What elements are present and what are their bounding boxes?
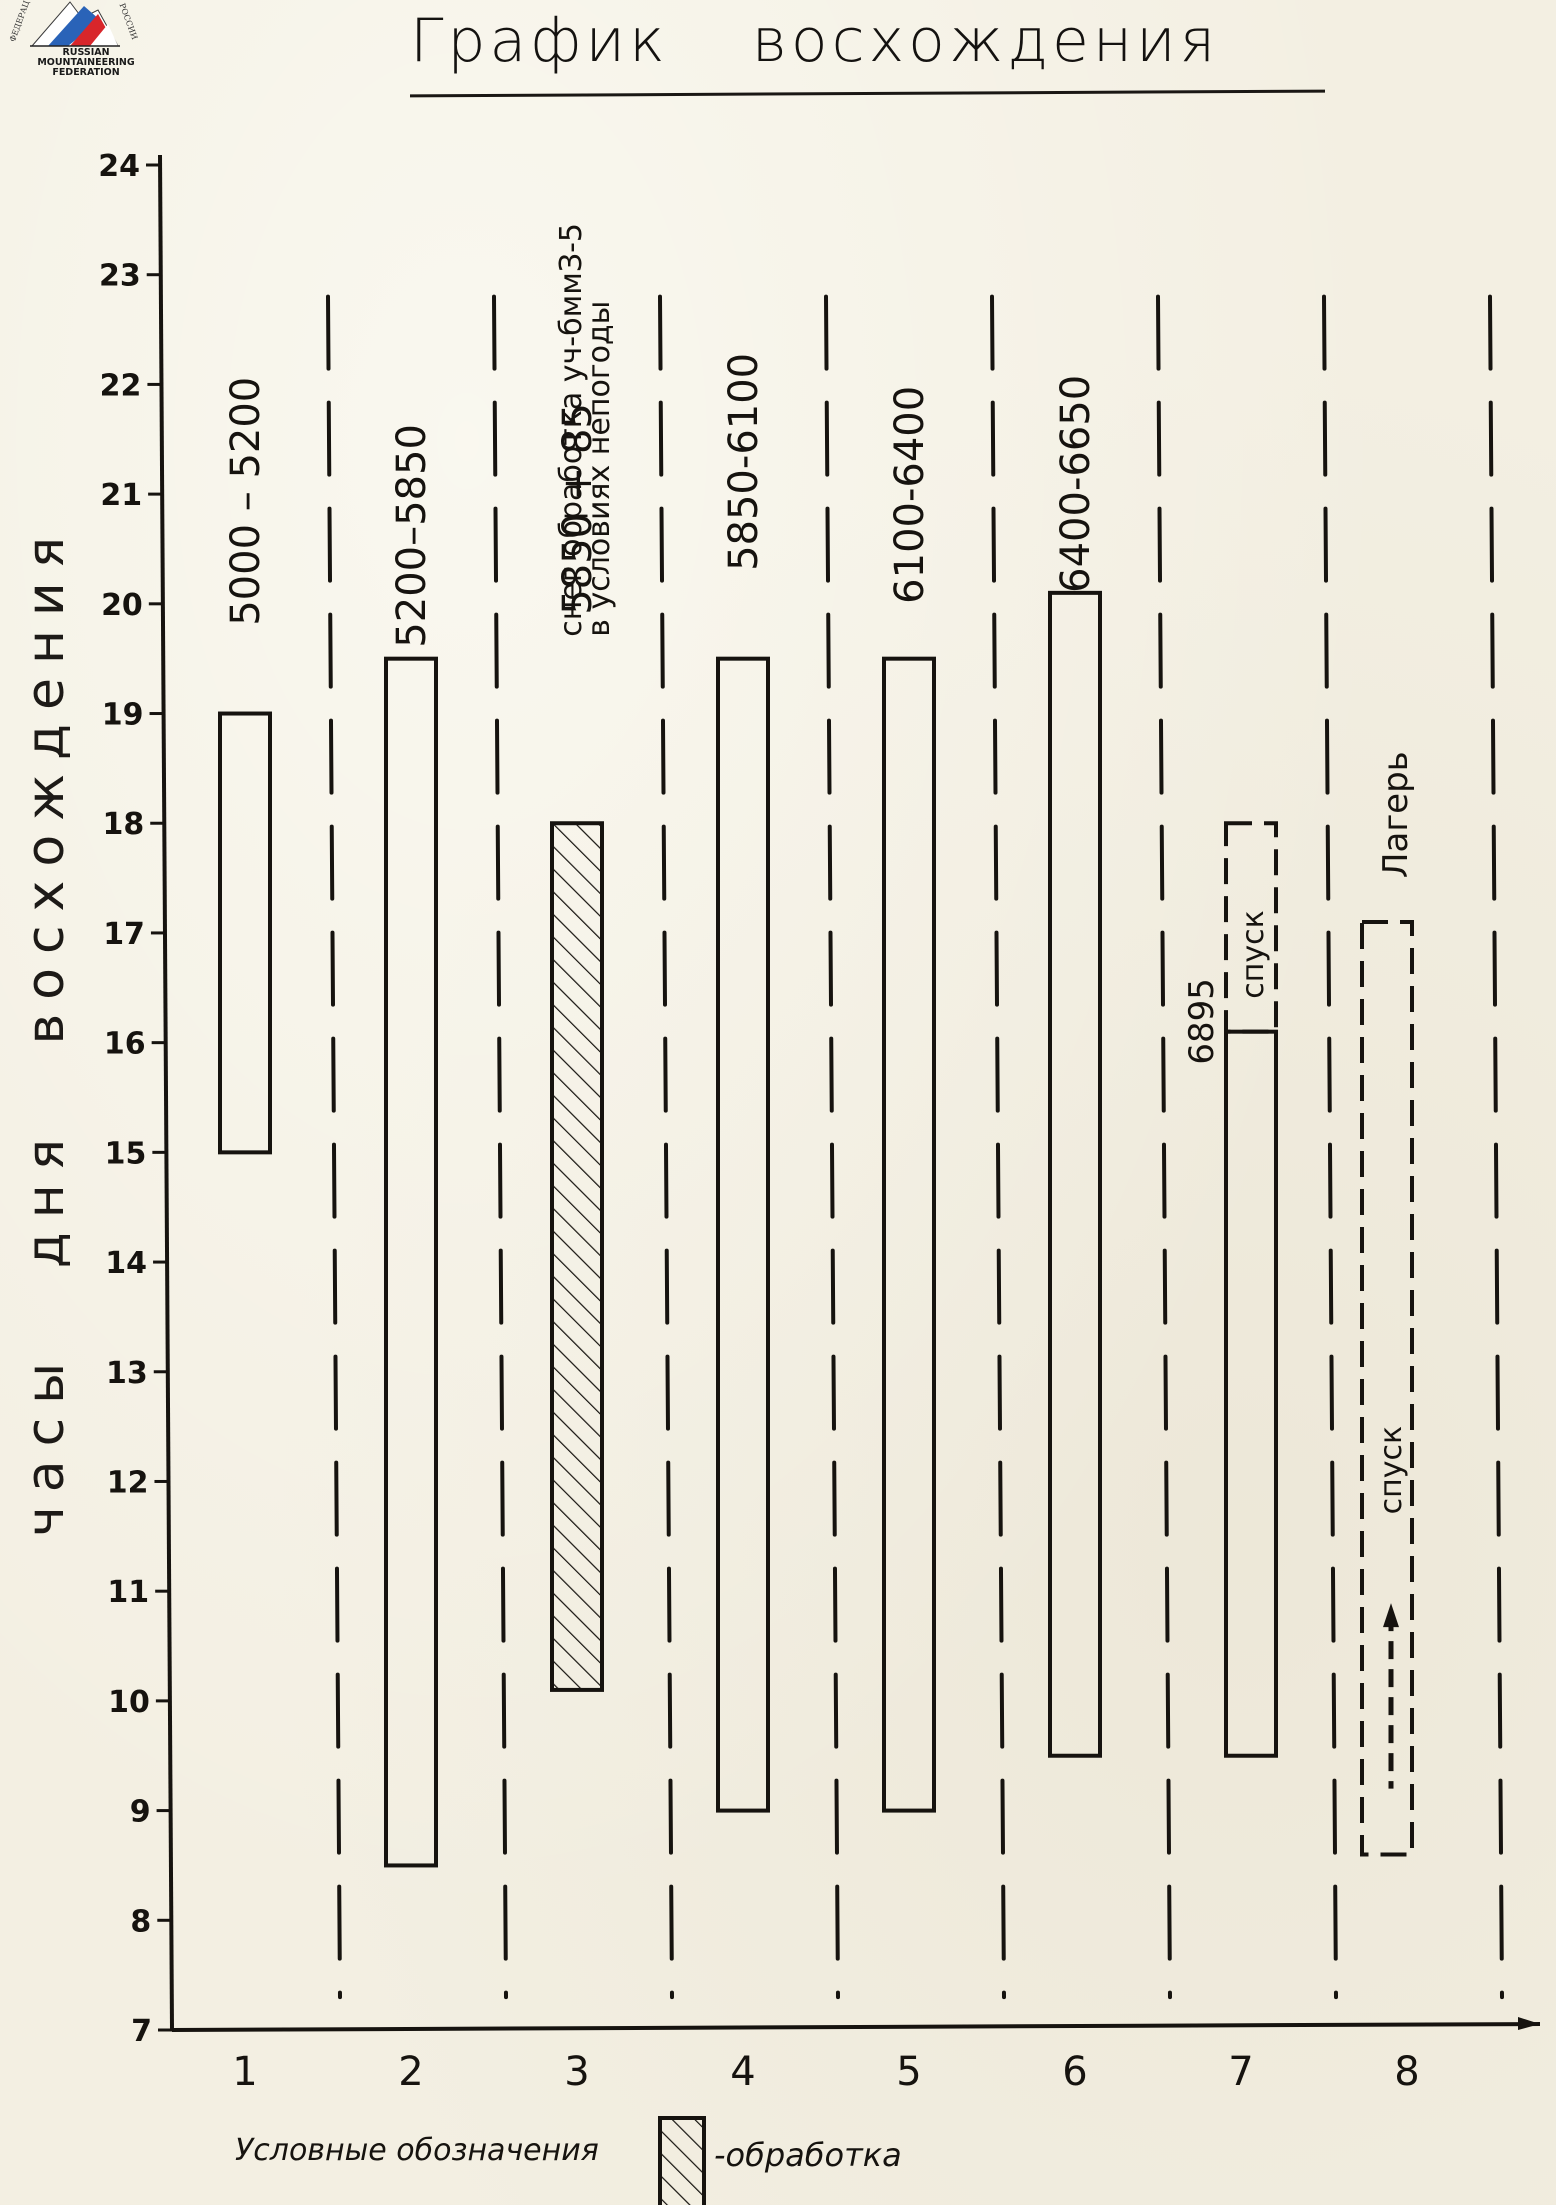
legend-item-processing: -обработка [714, 2136, 902, 2174]
arrow-head-icon [1383, 1603, 1399, 1627]
y-tick-label: 24 [98, 149, 140, 184]
x-tick-label: 7 [1228, 2049, 1253, 2095]
y-tick-label: 13 [106, 1356, 148, 1391]
day-separator [992, 297, 1004, 1997]
day-separator [1324, 297, 1336, 1997]
descent-label: спуск [1236, 910, 1271, 998]
camp-label: Лагерь [1376, 751, 1416, 878]
x-tick-label: 2 [398, 2049, 423, 2095]
day-separator [328, 297, 340, 1997]
legend-label: Условные обозначения [235, 2133, 599, 2168]
x-tick-label: 4 [730, 2049, 755, 2095]
y-tick-label: 8 [130, 1904, 151, 1939]
day-separator [1490, 297, 1502, 1997]
segment-altitude-label: 5000 – 5200 [223, 377, 269, 626]
y-tick-label: 16 [104, 1027, 146, 1062]
day-separator [1158, 297, 1170, 1997]
segment-altitude-label: 5850-6100 [721, 353, 767, 571]
x-axis-line [172, 2024, 1540, 2030]
y-axis-line [160, 155, 172, 2030]
y-tick-label: 12 [107, 1465, 149, 1500]
y-tick-label: 17 [103, 917, 145, 952]
y-tick-label: 7 [131, 2014, 152, 2049]
y-tick-label: 11 [107, 1575, 149, 1610]
x-tick-label: 8 [1394, 2049, 1419, 2095]
y-tick-label: 9 [130, 1795, 151, 1830]
climb-bar [1050, 593, 1100, 1756]
y-tick-label: 23 [99, 259, 141, 294]
climb-bar [718, 659, 768, 1811]
x-tick-label: 1 [232, 2049, 257, 2095]
x-tick-label: 3 [564, 2049, 589, 2095]
summit-altitude-label: 6895 [1182, 978, 1222, 1065]
y-tick-label: 10 [108, 1685, 150, 1720]
ascent-chart: 7891011121314151617181920212223241234567… [0, 0, 1556, 2205]
processing-bar [552, 823, 602, 1690]
day-separator [826, 297, 838, 1997]
y-tick-label: 19 [102, 698, 144, 733]
segment-altitude-label: 5200–5850 [389, 424, 435, 648]
bar-labels: 5000 – 52005200–58505850 + 85снег обрабо… [223, 223, 1416, 1514]
climb-bar [1226, 1032, 1276, 1756]
segment-altitude-label: 6100-6400 [887, 386, 933, 604]
descent-label: спуск [1374, 1426, 1409, 1514]
climb-bar [884, 659, 934, 1811]
legend: Условные обозначения-обработка [235, 2118, 902, 2205]
y-tick-label: 18 [102, 807, 144, 842]
y-tick-label: 20 [101, 588, 143, 623]
day-separator [494, 297, 506, 1997]
x-tick-label: 5 [896, 2049, 921, 2095]
legend-hatched-swatch [660, 2118, 704, 2205]
y-tick-label: 15 [105, 1136, 147, 1171]
y-tick-label: 22 [100, 368, 142, 403]
day-separator [660, 297, 672, 1997]
bars [220, 593, 1412, 1866]
descent-bar [1362, 922, 1412, 1855]
x-axis-arrow-icon [1518, 2017, 1540, 2030]
y-tick-label: 14 [105, 1246, 147, 1281]
segment-altitude-label: 6400-6650 [1053, 375, 1099, 593]
climb-bar [386, 659, 436, 1866]
segment-note-line2: в условиях непогоды [582, 301, 617, 637]
climb-bar [220, 714, 270, 1153]
x-tick-label: 6 [1062, 2049, 1087, 2095]
y-tick-label: 21 [100, 478, 142, 513]
